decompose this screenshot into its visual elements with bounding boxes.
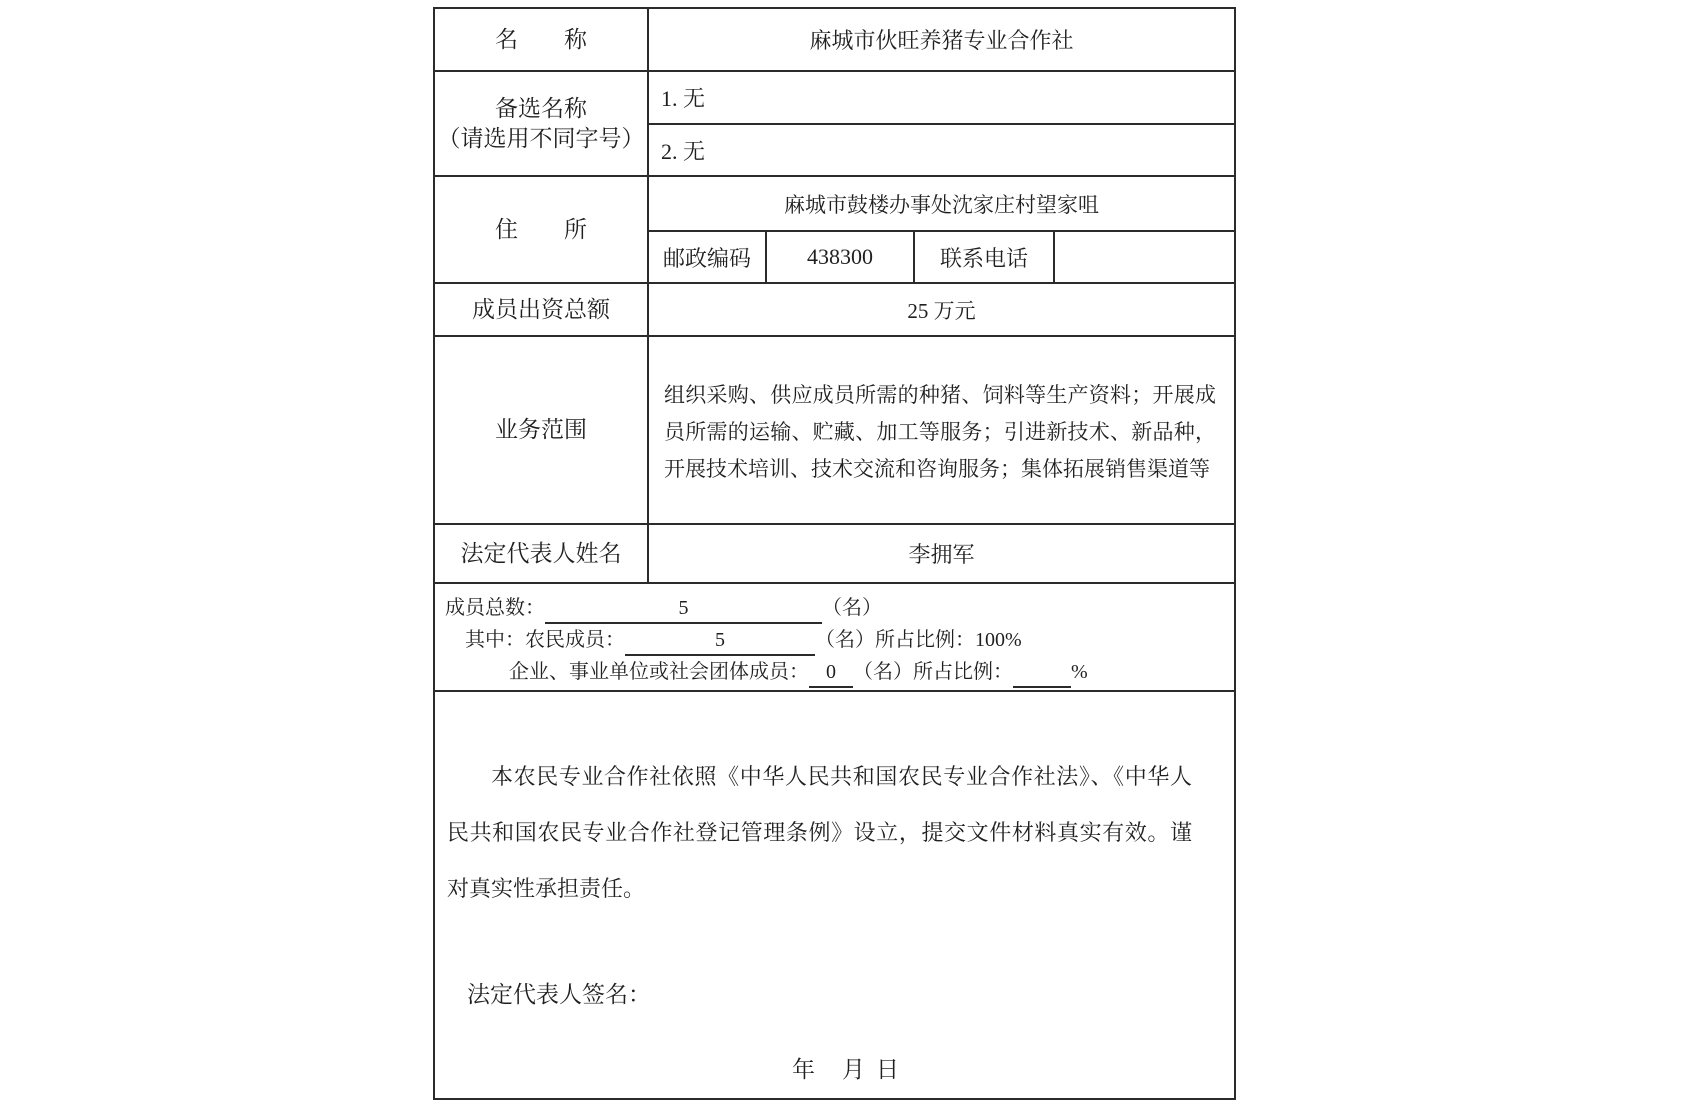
postal-code-value: 438300 xyxy=(767,232,915,282)
date-month-label: 月 xyxy=(842,1057,865,1082)
legal-rep-label: 法定代表人姓名 xyxy=(435,525,649,582)
capital-label: 成员出资总额 xyxy=(435,284,649,335)
phone-value xyxy=(1055,232,1234,282)
members-total-field: 5 xyxy=(545,594,822,624)
members-section-row: 成员总数：5（名） 其中：农民成员：5（名）所占比例：100% 企业、事业单位或… xyxy=(435,584,1234,692)
members-total-line: 成员总数：5（名） xyxy=(435,592,1234,624)
address-value: 麻城市鼓楼办事处沈家庄村望家咀 xyxy=(649,177,1234,232)
legal-rep-row: 法定代表人姓名 李拥军 xyxy=(435,525,1234,584)
date-day-label: 日 xyxy=(876,1057,899,1082)
farmer-members-ratio: 100% xyxy=(975,629,1022,651)
members-section: 成员总数：5（名） 其中：农民成员：5（名）所占比例：100% 企业、事业单位或… xyxy=(435,584,1234,690)
postal-phone-row: 邮政编码 438300 联系电话 xyxy=(649,232,1234,282)
farmer-members-label: 其中：农民成员： xyxy=(465,629,625,651)
farmer-members-line: 其中：农民成员：5（名）所占比例：100% xyxy=(435,624,1234,656)
org-members-line: 企业、事业单位或社会团体成员：0（名）所占比例：% xyxy=(435,656,1234,688)
org-members-ratio-field xyxy=(1013,658,1071,688)
form-table: 名 称 麻城市伙旺养猪专业合作社 备选名称 （请选用不同字号） 1. 无 2. … xyxy=(433,7,1236,1100)
address-row: 住 所 麻城市鼓楼办事处沈家庄村望家咀 邮政编码 438300 联系电话 xyxy=(435,177,1234,284)
cooperative-registration-form: 名 称 麻城市伙旺养猪专业合作社 备选名称 （请选用不同字号） 1. 无 2. … xyxy=(0,0,1695,1107)
alt-name-option-1: 1. 无 xyxy=(649,72,1234,125)
capital-value: 25 万元 xyxy=(649,284,1234,335)
alt-name-option-2: 2. 无 xyxy=(649,125,1234,175)
farmer-members-suffix: （名）所占比例： xyxy=(815,629,975,651)
date-year-label: 年 xyxy=(792,1057,815,1082)
alt-name-row: 备选名称 （请选用不同字号） 1. 无 2. 无 xyxy=(435,72,1234,177)
phone-label: 联系电话 xyxy=(915,232,1055,282)
alt-name-label-line1: 备选名称 xyxy=(495,94,587,124)
alt-name-label: 备选名称 （请选用不同字号） xyxy=(435,72,649,175)
name-value: 麻城市伙旺养猪专业合作社 xyxy=(649,9,1234,70)
declaration-text: 本农民专业合作社依照《中华人民共和国农民专业合作社法》、《中华人民共和国农民专业… xyxy=(435,749,1234,917)
business-scope-value: 组织采购、供应成员所需的种猪、饲料等生产资料；开展成员所需的运输、贮藏、加工等服… xyxy=(649,337,1234,523)
declaration-row: 本农民专业合作社依照《中华人民共和国农民专业合作社法》、《中华人民共和国农民专业… xyxy=(435,692,1234,1098)
farmer-members-field: 5 xyxy=(625,626,815,656)
members-total-suffix: （名） xyxy=(822,597,882,619)
capital-row: 成员出资总额 25 万元 xyxy=(435,284,1234,337)
legal-rep-value: 李拥军 xyxy=(649,525,1234,582)
signature-label: 法定代表人签名： xyxy=(435,980,1234,1010)
business-scope-label: 业务范围 xyxy=(435,337,649,523)
org-members-suffix: （名）所占比例： xyxy=(853,661,1013,683)
members-total-label: 成员总数： xyxy=(445,597,545,619)
address-values: 麻城市鼓楼办事处沈家庄村望家咀 邮政编码 438300 联系电话 xyxy=(649,177,1234,282)
address-label: 住 所 xyxy=(435,177,649,282)
alt-name-values: 1. 无 2. 无 xyxy=(649,72,1234,175)
org-members-label: 企业、事业单位或社会团体成员： xyxy=(509,661,809,683)
business-scope-row: 业务范围 组织采购、供应成员所需的种猪、饲料等生产资料；开展成员所需的运输、贮藏… xyxy=(435,337,1234,525)
name-label: 名 称 xyxy=(435,9,649,70)
org-members-field: 0 xyxy=(809,658,853,688)
alt-name-label-line2: （请选用不同字号） xyxy=(438,124,645,154)
percent-sign: % xyxy=(1071,661,1088,683)
name-row: 名 称 麻城市伙旺养猪专业合作社 xyxy=(435,9,1234,72)
date-line: 年月日 xyxy=(435,1055,1234,1085)
postal-code-label: 邮政编码 xyxy=(649,232,767,282)
